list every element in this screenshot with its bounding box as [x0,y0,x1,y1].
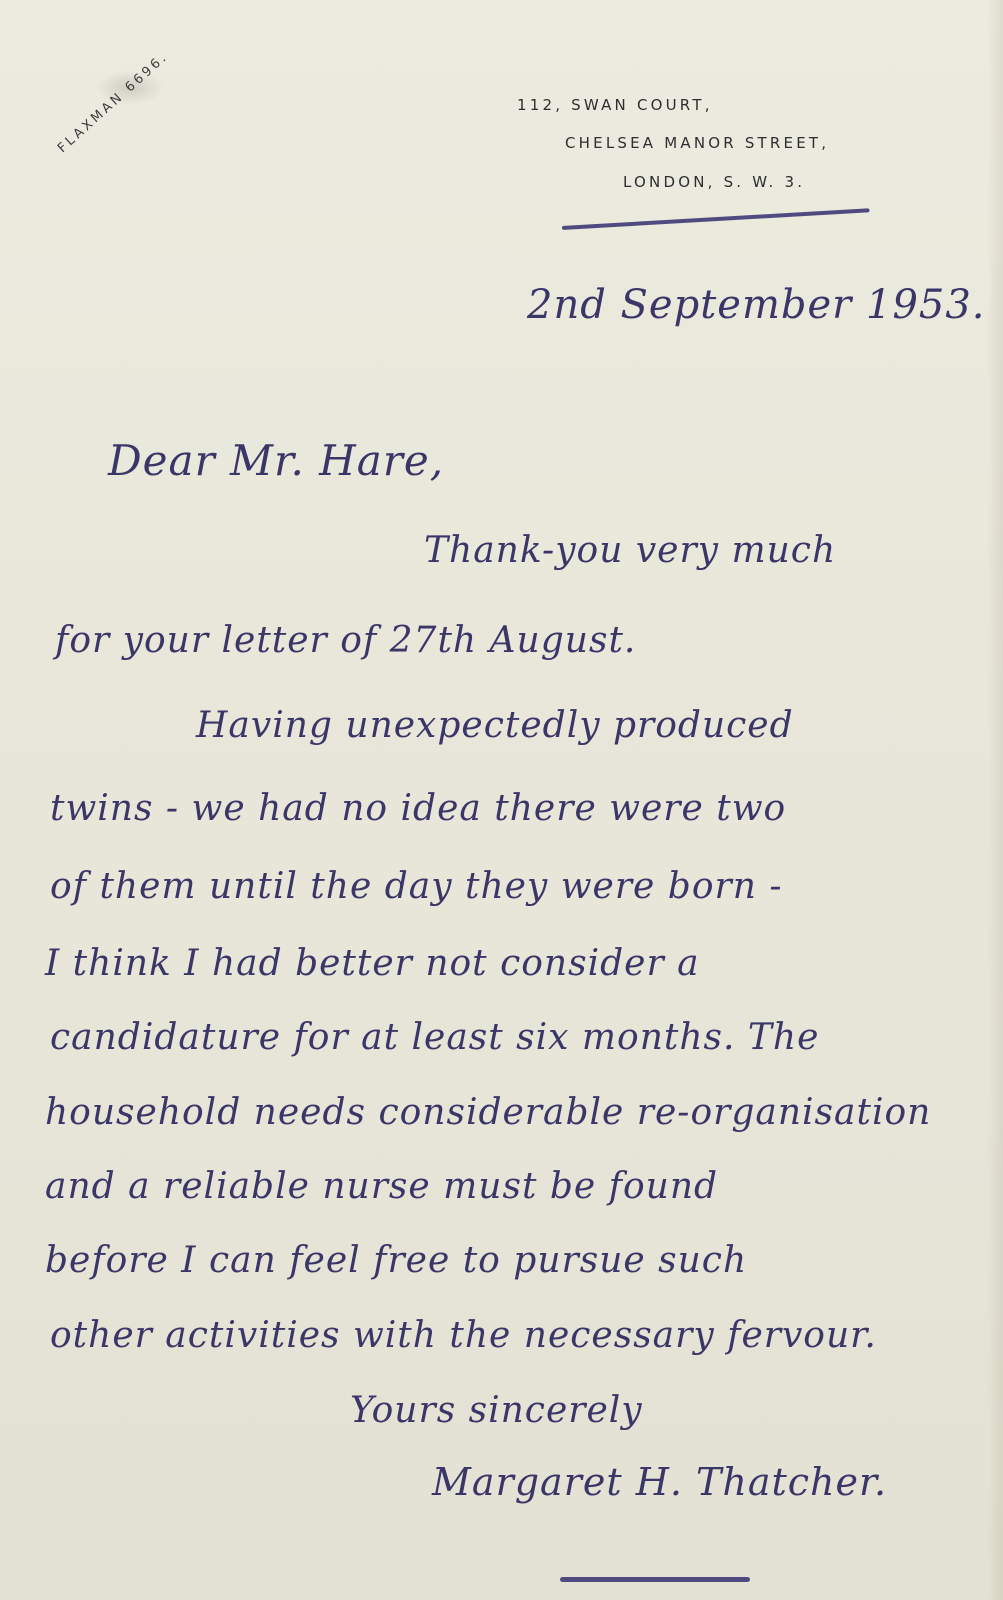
signature-underline [560,1577,750,1582]
letterhead-address-line-2: CHELSEA MANOR STREET, [565,134,829,152]
body-line-2: for your letter of 27th August. [55,620,636,661]
body-line-6: I think I had better not consider a [45,943,700,984]
salutation: Dear Mr. Hare, [108,436,444,485]
closing: Yours sincerely [350,1390,643,1431]
body-line-8: household needs considerable re-organisa… [45,1092,931,1133]
body-line-11: other activities with the necessary ferv… [50,1315,877,1356]
letterhead-address-line-1: 112, SWAN COURT, [517,96,713,114]
body-line-1: Thank-you very much [424,530,836,571]
letterhead-address-line-3: LONDON, S. W. 3. [623,173,805,191]
paper-edge-shadow [987,0,1003,1600]
signature: Margaret H. Thatcher. [432,1460,887,1504]
body-line-4: twins - we had no idea there were two [50,788,786,829]
body-line-5: of them until the day they were born - [50,866,783,907]
body-line-9: and a reliable nurse must be found [45,1166,718,1207]
body-line-3: Having unexpectedly produced [196,705,794,746]
body-line-7: candidature for at least six months. The [50,1017,819,1058]
letter-date: 2nd September 1953. [527,282,986,328]
body-line-10: before I can feel free to pursue such [45,1240,747,1281]
